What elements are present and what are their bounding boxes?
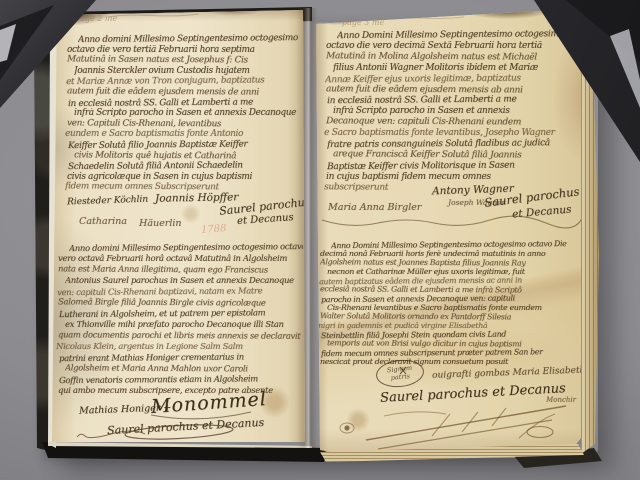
- manuscript-line: ex Thionville mihi præfato parocho Decan…: [65, 319, 302, 330]
- manuscript-line: filius Antonii Wagner Molitoris ibidem e…: [333, 63, 584, 74]
- manuscript-line: octavo die vero decimâ Sextâ Februarii h…: [326, 41, 584, 52]
- manuscript-line: quam documentis parochi et libris meis a…: [58, 329, 302, 341]
- signature: ouigrafti gombas Maria Elisabetha: [432, 365, 590, 381]
- left-page: page 2 me Anno domini Millesimo Septinge…: [51, 8, 305, 446]
- pencil-page-number-right: page 3 me: [342, 18, 384, 27]
- signature: Saurel parochus et Decanus: [107, 416, 265, 437]
- manuscript-line: vero octavâ Februarii horâ octavâ Matuti…: [58, 253, 302, 264]
- manuscript-line: Anno domini Millesimo Septingentesimo oc…: [69, 241, 303, 254]
- manuscript-line: ven: Capituli Cis-Rhenani, levantibus: [67, 118, 301, 130]
- manuscript-line: Anno Domini Millesimo Septingentesimo oc…: [337, 29, 585, 42]
- manuscript-line: Matutinâ in Sasen natus est Josephus f: …: [67, 54, 301, 66]
- right-record-2: Anno Domini Millesimo Septingentesimo oc…: [320, 240, 586, 366]
- left-record-2: Anno domini Millesimo Septingentesimo oc…: [58, 242, 302, 396]
- year-annotation: 1788: [201, 223, 227, 236]
- signature: et Decanus: [512, 203, 572, 220]
- right-page: page 3 me Anno Domini Millesimo Septinge…: [314, 8, 590, 456]
- manuscript-line: Goffin venatoris commorantis etiam in Al…: [59, 373, 303, 386]
- signature: Häuerlin: [139, 218, 181, 229]
- manuscript-line: Baptistæ Keiffer civis Molitorisque in S…: [327, 160, 585, 173]
- signature: Joannis Höpffer: [155, 191, 238, 204]
- manuscript-line: in cujus baptismi fidem mecum omnes: [326, 172, 584, 183]
- signature: Maria Anna Birgler: [328, 202, 421, 213]
- signature: Catharina: [79, 216, 127, 227]
- manuscript-line: infrà Scripto parocho in Sasen et annexi…: [74, 108, 301, 119]
- manuscript-line: Walter Solutâ Molitoris ornando ex Pantd…: [320, 311, 586, 322]
- manuscript-line: Matutinâ in Molina Algolsheim natus est …: [326, 51, 584, 63]
- manuscript-line: nata est Maria Anna illegitima, quam ego…: [58, 263, 302, 275]
- manuscript-line: Lutherani in Algolsheim, et ut patrem pe…: [59, 307, 303, 320]
- manuscript-line: Anno domini Millesimo Septingentesimo oc…: [78, 33, 302, 46]
- manuscript-line: Algolsheim natus est Joannes Baptista fi…: [320, 257, 586, 268]
- manuscript-line: Decanoque ven: capituli Cis-Rhenani eund…: [326, 116, 584, 128]
- signature: Riesteder Köchlin: [67, 195, 148, 208]
- manuscript-photo: page 2 me Anno domini Millesimo Septinge…: [0, 0, 640, 480]
- signature: Monchir: [546, 396, 576, 404]
- manuscript-line: in ecclesiâ nostrâ SS. Galli et Lamberti…: [68, 97, 302, 110]
- left-record-1: Anno domini Millesimo Septingentesimo oc…: [67, 34, 301, 193]
- right-record-1: Anno Domini Millesimo Septingentesimo oc…: [326, 30, 584, 194]
- manuscript-line: nescicat prout declaravit signum consuet…: [320, 357, 586, 366]
- manuscript-line: Schaedelin Solutâ filiâ Antonii Schaedel…: [68, 160, 302, 173]
